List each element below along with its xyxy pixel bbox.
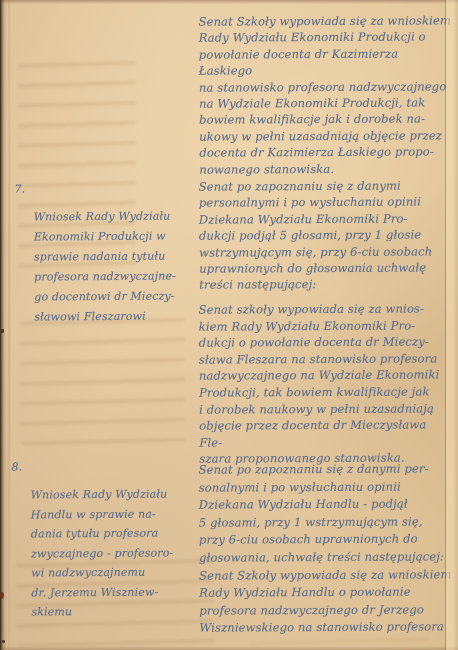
- page-left-edge: [0, 0, 7, 650]
- paper-speck: [0, 592, 4, 599]
- margin-note-7: 7. Wniosek Rady Wydziału Ekonomiki Produ…: [14, 180, 189, 340]
- margin-note-7-number: 7.: [14, 183, 25, 196]
- binding-crease: [8, 0, 10, 650]
- body-paragraph-3: Senat szkoły wypowiada się za wnios- kie…: [199, 300, 453, 467]
- margin-note-7-text: Wniosek Rady Wydziału Ekonomiki Produkcj…: [34, 206, 190, 327]
- page-right-edge: [445, 0, 458, 650]
- margin-note-8-text: Wniosek Rady Wydziału Handlu w sprawie n…: [31, 484, 187, 622]
- page-top-edge: [0, 0, 458, 4]
- page-bottom-edge: [0, 646, 458, 650]
- manuscript-page: 7. Wniosek Rady Wydziału Ekonomiki Produ…: [0, 0, 458, 650]
- margin-note-8-number: 8.: [11, 461, 22, 474]
- paper-speck: [1, 329, 4, 333]
- body-paragraph-1: Senat Szkoły wypowiada się za wnioskiem …: [199, 12, 453, 177]
- body-paragraph-2: Senat po zapoznaniu się z danymi persona…: [199, 177, 453, 293]
- paper-speck: [2, 640, 5, 643]
- body-paragraph-4: Senat po zapoznaniu się z danymi per- so…: [199, 460, 453, 637]
- margin-note-8: 8. Wniosek Rady Wydziału Handlu w sprawi…: [11, 458, 186, 635]
